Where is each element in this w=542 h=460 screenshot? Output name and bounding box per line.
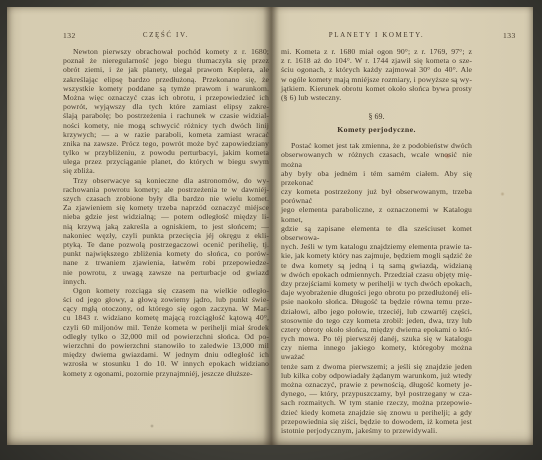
text-line: odległy tylko o 32,000 mil od powierzchn… xyxy=(63,332,269,341)
text-line: nieba gdzie jest widzialną; — potem odle… xyxy=(63,212,269,221)
text-line: psie naokoło słońca. Długość ta będzie r… xyxy=(281,297,472,306)
text-line: sach rozmaitych. W tym stanie rzeczy, mo… xyxy=(281,398,472,407)
right-page-text: mi. Kometa z r. 1680 miał ogon 90°; z r.… xyxy=(281,47,472,435)
text-line: w ogóle komety mają mniéjsze rozmiary, i… xyxy=(281,75,472,84)
text-line: Newton pierwszy obrachował pochód komety… xyxy=(63,47,269,56)
text-line: dzieć kiedy kometa znajdzie się znowu u … xyxy=(281,408,472,417)
text-line: ślają parabolę; bo postrzeżenia i rachun… xyxy=(63,111,269,120)
text-line: tylko w przybliżeniu, z powodu perturbac… xyxy=(63,148,269,157)
text-line: cący mgłą otoczony, od którego się ogon … xyxy=(63,304,269,313)
text-line: innych. xyxy=(63,277,269,286)
text-line: tenże sam z dwoma pierwszemi; a jeśli si… xyxy=(281,362,472,371)
right-page-body: Postać komet jest tak zmienna, że z podo… xyxy=(281,141,472,435)
left-page-text: Newton pierwszy obrachował pochód komety… xyxy=(63,47,269,378)
text-line: cu 1843 r. widziano kometę mającą rozcią… xyxy=(63,313,269,322)
text-line: krzywych; — a w razie paraboli, kometa z… xyxy=(63,130,269,139)
text-line: cztery obroty około słońca, między dwiem… xyxy=(281,325,472,334)
text-line: w dwóch epokach odmiennych. Przedział cz… xyxy=(281,270,472,279)
text-line: poznał że nieregularność jego biegu tłum… xyxy=(63,56,269,65)
text-line: można oznaczyć, prawie z pewnością, dług… xyxy=(281,380,472,389)
text-line: czy niema innego jakiego komety, którego… xyxy=(281,343,472,361)
section-title: Komety perjodyczne. xyxy=(281,125,472,134)
text-line: z r. 1618 aż do 104°. W r. 1744 zjawił s… xyxy=(281,56,472,65)
text-line: wszystkie komety poddane są tymże prawom… xyxy=(63,84,269,93)
text-line: dzy przejściami komety w perihelji w tyc… xyxy=(281,279,472,288)
text-line: wierzchni do powierzchni stanowiło to za… xyxy=(63,341,269,350)
text-line: powrót, wyjąwszy dla tych które zamiast … xyxy=(63,102,269,111)
text-line: ptyką. Te dane pozwolą postrzegaczowi oc… xyxy=(63,240,269,249)
text-line: aby były oba jedném i tém samém ciałem. … xyxy=(281,169,472,187)
text-line: te dwa komety są jedną i tą samą gwiazdą… xyxy=(281,261,472,270)
text-line: lub kilka coby odpowiadały żądanym warun… xyxy=(281,371,472,380)
text-line: nią krzywą jaką zakreśla a ogniskiem, to… xyxy=(63,222,269,231)
text-line: szych czasach zrobione były dla bardzo n… xyxy=(63,194,269,203)
text-line: Ogon komety rozciąga się czasem na wielk… xyxy=(63,286,269,295)
text-line: punkt największego zbliżenia komety do s… xyxy=(63,249,269,258)
text-line: wzrosła w stosunku 1 do 10. W innych epo… xyxy=(63,359,269,368)
text-line: mi. Kometa z r. 1680 miał ogon 90°; z r.… xyxy=(281,47,472,56)
text-line: Postać komet jest tak zmienna, że z podo… xyxy=(281,141,472,150)
text-line: się zbliża. xyxy=(63,166,269,175)
text-line: ności komety, nie mogą schwycić różnicy … xyxy=(63,121,269,130)
text-line: rych mowa. Po téj pierwszéj danéj, szuka… xyxy=(281,334,472,343)
left-running-title: CZĘŚĆ IV. xyxy=(63,31,269,39)
text-line: jego elementa paraboliczne, z oznaczonem… xyxy=(281,205,472,223)
text-line: przepowiednia się ziści, będzie to dowod… xyxy=(281,417,472,426)
text-line: Można więc oznaczyć czas ich obrotu, i p… xyxy=(63,93,269,102)
text-line: zakreślając elipsę bardzo przedłużoną. P… xyxy=(63,75,269,84)
text-line: komety z ogonami, pozornie przynajmniéj,… xyxy=(63,369,269,378)
text-line: rachowania powrotu komety; ale postrzeże… xyxy=(63,185,269,194)
text-line: kie, jak komety który nas zajmuje, będzi… xyxy=(281,251,472,260)
text-line: istotnie perjodycznym, jakeśmy to przewi… xyxy=(281,426,472,435)
text-line: działowi, albo jego połowie, trzeciéj, l… xyxy=(281,307,472,316)
text-line: Za zjawieniem się komety trzeba naprzód … xyxy=(63,203,269,212)
text-line: ściu ogonach, z których każdy zajmował 3… xyxy=(281,65,472,74)
right-running-title: PLANETY I KOMETY. xyxy=(281,31,472,39)
text-line: nane z trwaniem zjawienia, łatwém robi p… xyxy=(63,258,269,267)
text-line: dynego, — który, przypuszczamy, był post… xyxy=(281,389,472,398)
text-line: czy kometa postrzeżony już był obserwowa… xyxy=(281,187,472,205)
text-line: daje wyobrażenie długości jego obrotu po… xyxy=(281,288,472,297)
text-line: czyli 60 miljonów mil. Tenże kometa w pe… xyxy=(63,323,269,332)
text-line: ulega przez przyciąganie planet, do któr… xyxy=(63,157,269,166)
section-number: § 69. xyxy=(281,112,472,121)
text-line: (§ 6) lub wsteczny. xyxy=(281,93,472,102)
right-page: PLANETY I KOMETY. 133 mi. Kometa z r. 16… xyxy=(271,7,533,445)
text-line: znika na zawsze. Prócz tego, powrót może… xyxy=(63,139,269,148)
text-line: nakoniec węzły, czyli punkta przecięcia … xyxy=(63,231,269,240)
text-line: obrót ziemi, i że jak planety, ulegał pr… xyxy=(63,65,269,74)
text-line: między dwiema gwiazdami. W jednym dniu o… xyxy=(63,350,269,359)
book-scan: 132 CZĘŚĆ IV. Newton pierwszy obrachował… xyxy=(0,0,542,460)
text-line: nie powrotu, z uwagą zawsze na perturbac… xyxy=(63,268,269,277)
text-line: ści od jego głowy, a głową zowiemy jądro… xyxy=(63,295,269,304)
text-line: jątkiem. Kierunek obrotu komet około sło… xyxy=(281,84,472,93)
text-line: gdzie są zapisane elementa te dla sześci… xyxy=(281,224,472,242)
left-page: 132 CZĘŚĆ IV. Newton pierwszy obrachował… xyxy=(7,7,271,445)
text-line: obserwowanych w różnych czasach, wcale w… xyxy=(281,150,472,168)
text-line: Trzy obserwacye są konieczne dla astrono… xyxy=(63,176,269,185)
text-line: nych. Jeśli w tym katalogu znajdziemy el… xyxy=(281,242,472,251)
right-page-number: 133 xyxy=(503,31,516,40)
right-page-intro: mi. Kometa z r. 1680 miał ogon 90°; z r.… xyxy=(281,47,472,102)
text-line: stosownie do tego czy kometa zrobił: jed… xyxy=(281,316,472,325)
